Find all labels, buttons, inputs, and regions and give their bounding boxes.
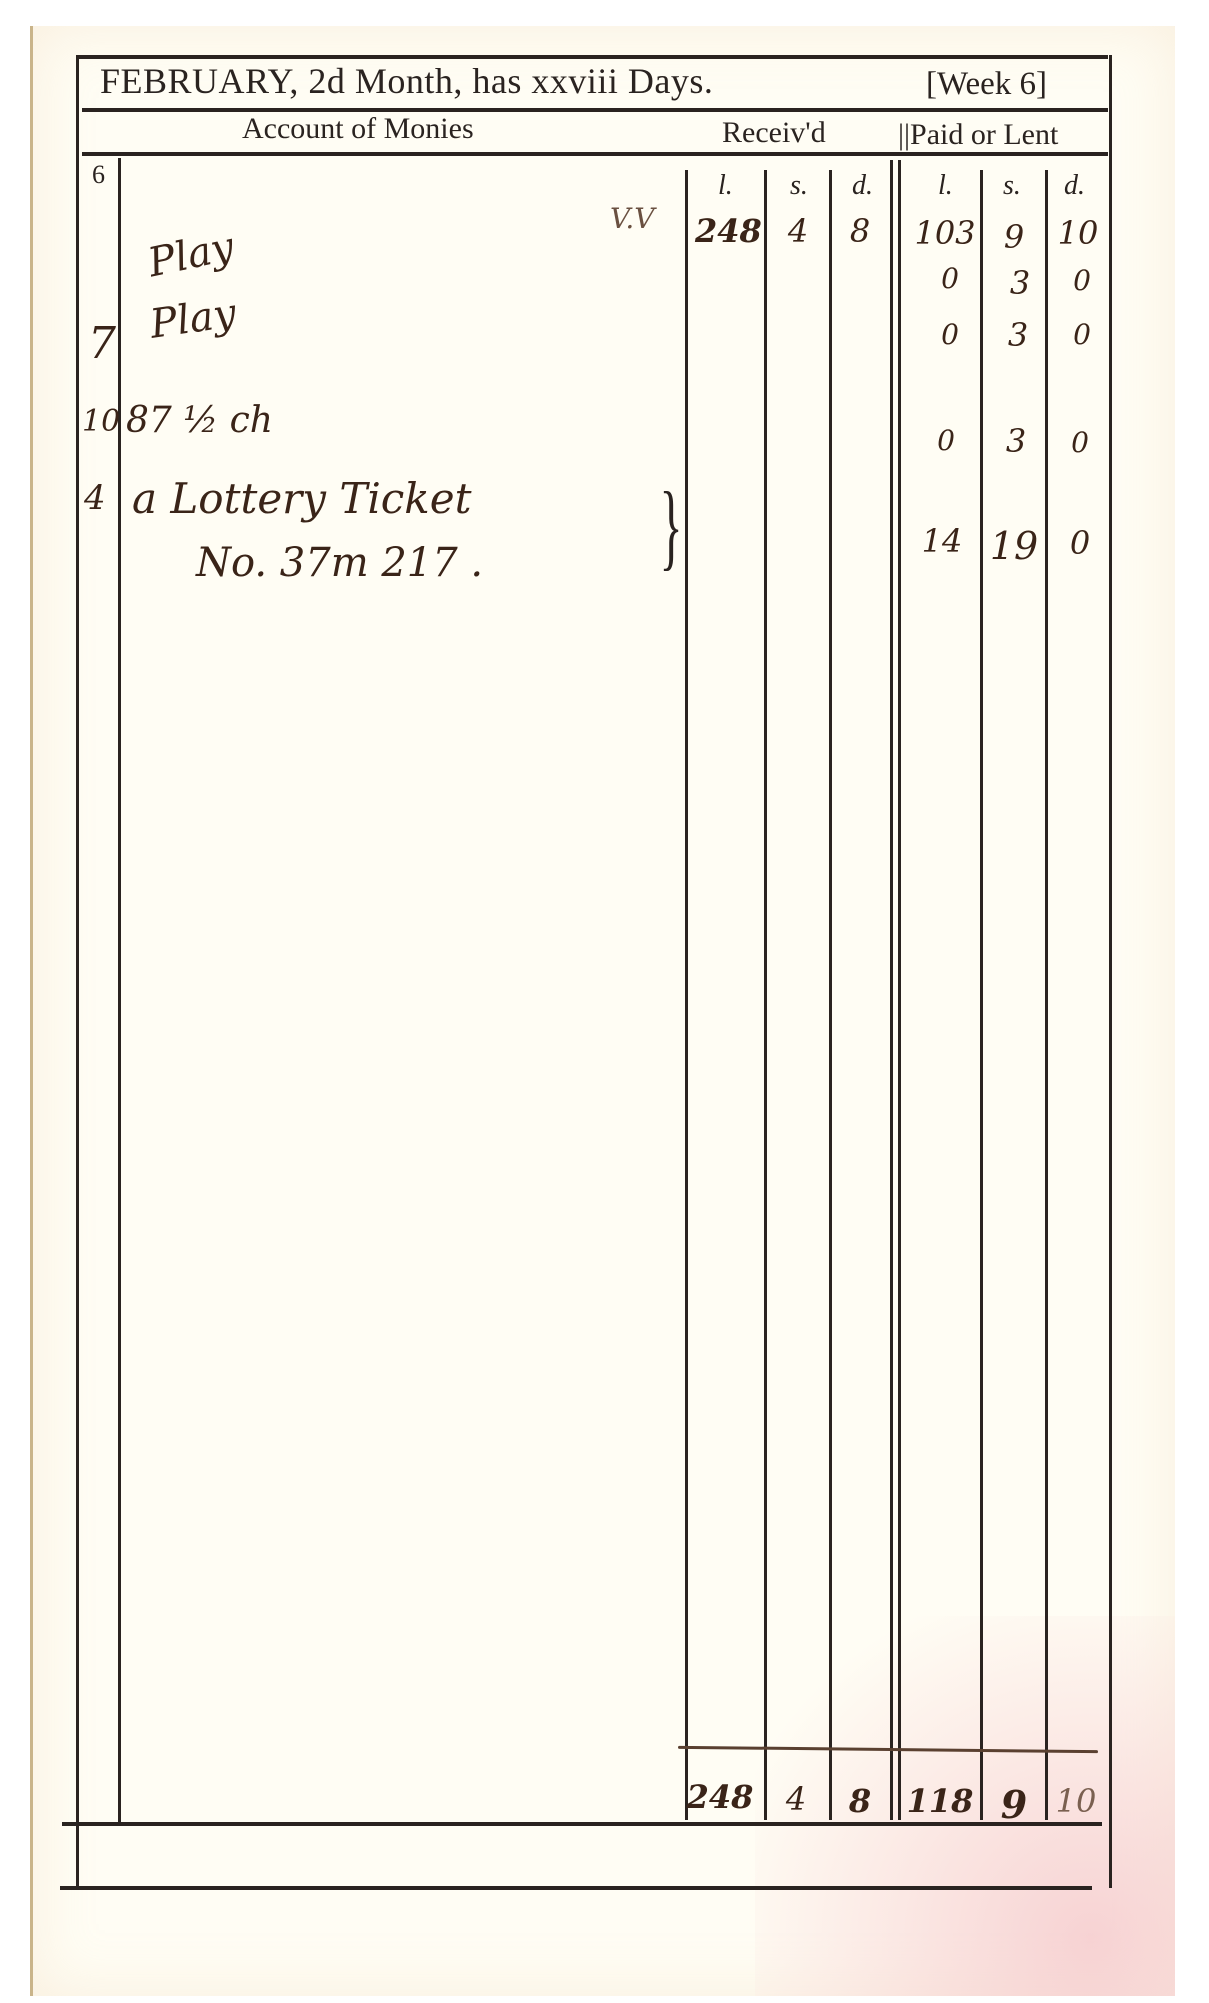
entry-paid-s: 9	[984, 218, 1044, 256]
total-received-l: 248	[680, 1778, 760, 1816]
entry-date: 4	[84, 478, 106, 518]
totals-rule	[62, 1822, 1102, 1826]
entry-received-l: 248	[695, 212, 755, 250]
account-header: Account of Monies	[242, 112, 474, 146]
entry-description: 87 ½ ch	[126, 400, 273, 441]
paid-d-unit: d.	[1064, 170, 1085, 202]
entry-paid-l: 0	[920, 318, 980, 351]
divider-rule-a	[890, 160, 893, 1820]
total-received-d: 8	[830, 1782, 890, 1820]
entry-paid-d: 0	[1052, 318, 1112, 351]
header-rule	[82, 152, 1108, 156]
entry-received-s: 4	[768, 212, 828, 250]
entry-paid-d: 10	[1048, 214, 1108, 252]
paid-s-unit: s.	[1003, 170, 1021, 202]
paid-header: ||Paid or Lent	[898, 118, 1058, 152]
total-received-s: 4	[766, 1780, 826, 1818]
printed-date: 6	[92, 160, 105, 190]
entry-note-vv: V.V	[610, 202, 654, 235]
week-label: [Week 6]	[926, 66, 1047, 103]
received-s-unit: s.	[790, 170, 808, 202]
entry-paid-l: 14	[912, 522, 972, 560]
entry-paid-d: 0	[1050, 524, 1110, 562]
entry-paid-l: 103	[910, 214, 980, 252]
paid-s-rule	[980, 170, 983, 1820]
received-header: Receiv'd	[722, 116, 826, 150]
entry-paid-s: 3	[988, 316, 1048, 354]
entry-date: 10	[82, 404, 120, 439]
entry-paid-d: 0	[1052, 264, 1112, 297]
entry-paid-s: 19	[984, 524, 1044, 568]
received-d-rule	[829, 170, 832, 1820]
entry-brace: }	[660, 470, 683, 581]
entry-paid-d: 0	[1050, 426, 1110, 459]
page-title: FEBRUARY, 2d Month, has xxviii Days.	[100, 60, 713, 102]
entry-paid-s: 3	[986, 422, 1046, 460]
received-l-unit: l.	[718, 170, 733, 202]
total-paid-d: 10	[1046, 1782, 1106, 1820]
title-rule	[82, 108, 1108, 112]
entry-description: a Lottery Ticket	[132, 474, 472, 523]
paid-d-rule	[1045, 170, 1048, 1820]
bottom-rule	[60, 1886, 1092, 1890]
entry-paid-l: 0	[920, 262, 980, 295]
entry-paid-s: 3	[990, 264, 1050, 302]
divider-rule-b	[898, 160, 901, 1820]
received-l-rule	[685, 170, 688, 1820]
received-s-rule	[764, 170, 767, 1820]
top-rule	[78, 55, 1108, 59]
entry-description-line2: No. 37m 217 .	[196, 540, 483, 586]
entry-date: 7	[88, 318, 116, 369]
entry-paid-l: 0	[916, 424, 976, 457]
total-paid-l: 118	[902, 1782, 978, 1820]
entry-received-d: 8	[830, 212, 890, 250]
paid-l-unit: l.	[938, 170, 953, 202]
received-d-unit: d.	[852, 170, 873, 202]
total-paid-s: 9	[984, 1782, 1044, 1827]
